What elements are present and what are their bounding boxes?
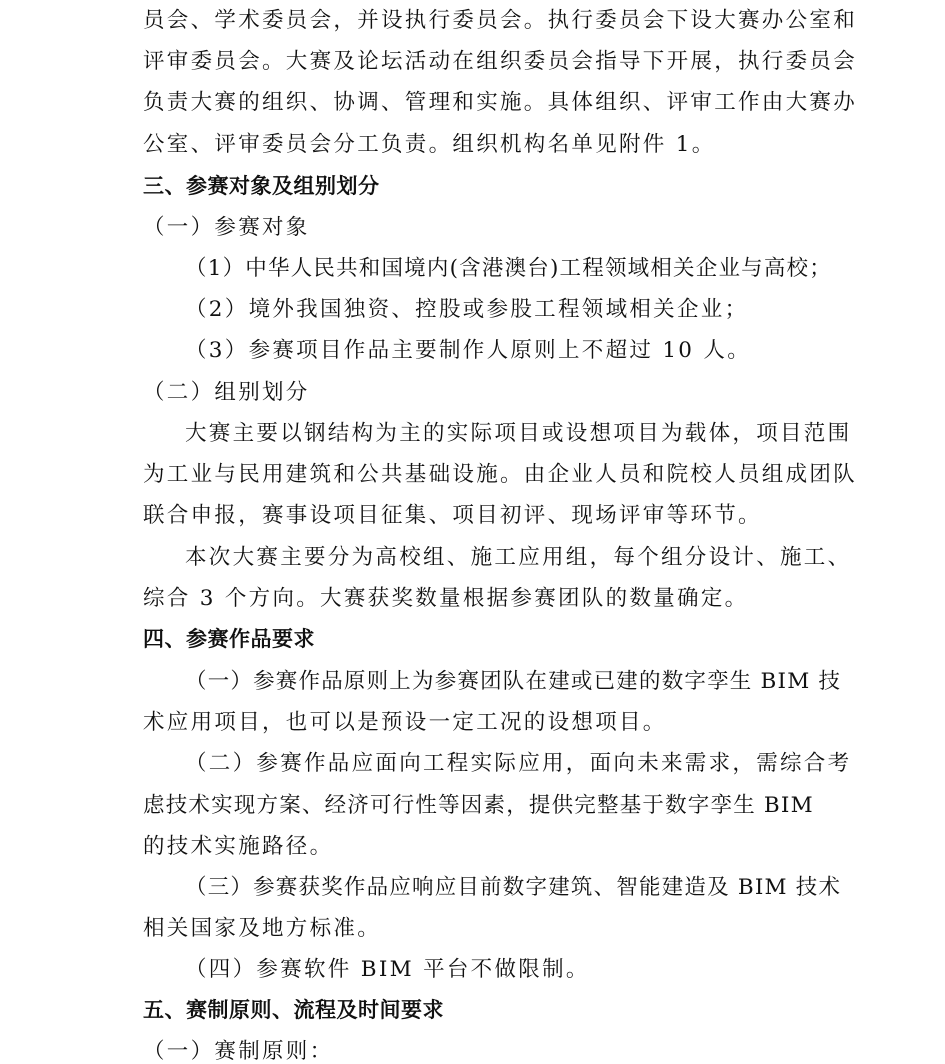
document-page: 员会、学术委员会，并设执行委员会。执行委员会下设大赛办公室和 评审委员会。大赛及…	[0, 0, 945, 1064]
paragraph-line: 负责大赛的组织、协调、管理和实施。具体组织、评审工作由大赛办	[143, 82, 808, 123]
paragraph-line: 虑技术实现方案、经济可行性等因素，提供完整基于数字孪生 BIM	[143, 785, 808, 826]
paragraph-line: （二）参赛作品应面向工程实际应用，面向未来需求，需综合考	[185, 743, 850, 784]
section-heading-4: 四、参赛作品要求	[143, 619, 808, 660]
list-item: （3）参赛项目作品主要制作人原则上不超过 10 人。	[185, 330, 850, 371]
paragraph-line: （四）参赛软件 BIM 平台不做限制。	[185, 949, 850, 990]
paragraph-line: 大赛主要以钢结构为主的实际项目或设想项目为载体，项目范围	[185, 413, 850, 454]
paragraph-line: 的技术实施路径。	[143, 826, 808, 867]
section-heading-3: 三、参赛对象及组别划分	[143, 166, 808, 207]
paragraph-line: 术应用项目，也可以是预设一定工况的设想项目。	[143, 702, 808, 743]
paragraph-line: 联合申报，赛事设项目征集、项目初评、现场评审等环节。	[143, 495, 808, 536]
section-heading-5: 五、赛制原则、流程及时间要求	[143, 990, 808, 1031]
paragraph-line: 综合 3 个方向。大赛获奖数量根据参赛团队的数量确定。	[143, 578, 808, 619]
paragraph-line: 本次大赛主要分为高校组、施工应用组，每个组分设计、施工、	[185, 537, 850, 578]
subsection-heading: （二）组别划分	[143, 372, 808, 413]
list-item: （2）境外我国独资、控股或参股工程领域相关企业；	[185, 289, 850, 330]
paragraph-line: 相关国家及地方标准。	[143, 908, 808, 949]
paragraph-line: 为工业与民用建筑和公共基础设施。由企业人员和院校人员组成团队	[143, 454, 808, 495]
subsection-heading: （一）参赛对象	[143, 207, 808, 248]
paragraph-line: 公室、评审委员会分工负责。组织机构名单见附件 1。	[143, 124, 808, 165]
list-item: （1）中华人民共和国境内(含港澳台)工程领域相关企业与高校；	[185, 248, 850, 289]
paragraph-line: （三）参赛获奖作品应响应目前数字建筑、智能建造及 BIM 技术	[185, 867, 850, 908]
paragraph-line: （一）参赛作品原则上为参赛团队在建或已建的数字孪生 BIM 技	[185, 661, 850, 702]
subsection-heading: （一）赛制原则：	[143, 1031, 808, 1064]
paragraph-line: 评审委员会。大赛及论坛活动在组织委员会指导下开展，执行委员会	[143, 41, 808, 82]
paragraph-line: 员会、学术委员会，并设执行委员会。执行委员会下设大赛办公室和	[143, 0, 808, 41]
